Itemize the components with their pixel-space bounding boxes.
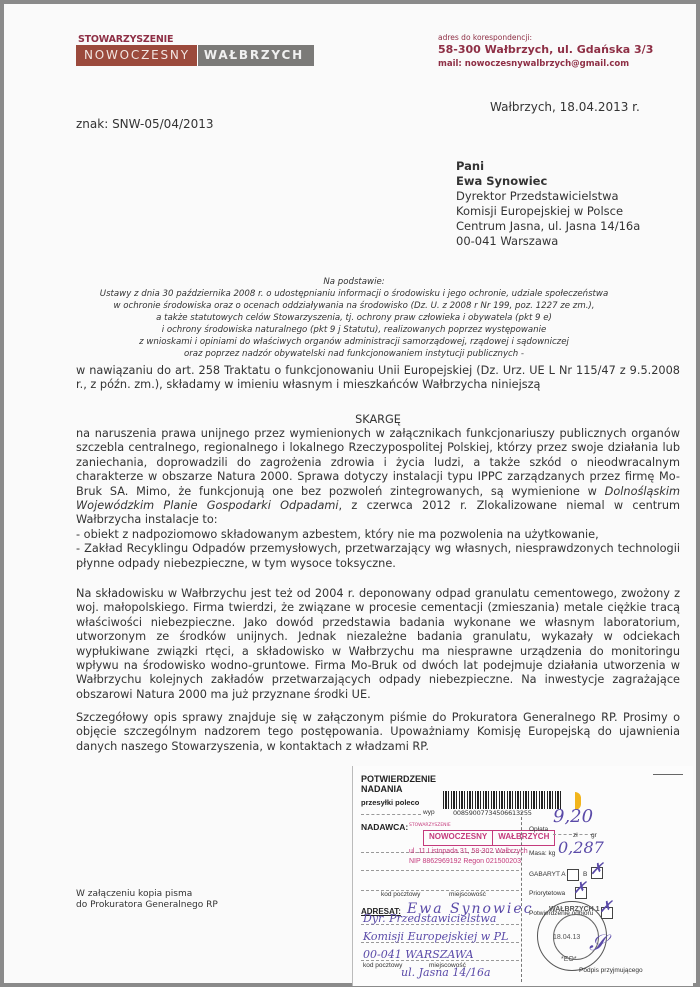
- text-run: na naruszenia prawa unijnego przez wymie…: [76, 427, 680, 498]
- basis-line: a także statutowych celów Stowarzyszenia…: [44, 312, 664, 324]
- receipt-subtitle2: wyp: [423, 809, 435, 816]
- recipient-salutation: Pani: [456, 159, 640, 174]
- postal-receipt: POTWIERDZENIE NADANIA przesyłki poleco w…: [352, 766, 693, 986]
- addressee-handwritten: ul. Jasna 14/16a: [401, 966, 491, 979]
- recipient-block: Pani Ewa Synowiec Dyrektor Przedstawicie…: [456, 159, 640, 249]
- landfill-paragraph: Na składowisku w Wałbrzychu jest też od …: [76, 587, 680, 702]
- locality-label: miejscowość: [449, 891, 486, 898]
- correspondence-label: adres do korespondencji:: [438, 33, 532, 42]
- correspondence-address: 58-300 Wałbrzych, ul. Gdańska 3/3: [438, 43, 653, 56]
- stamp-left: NOWOCZESNY: [424, 831, 492, 845]
- postal-code-label: kod pocztowy: [381, 891, 420, 898]
- checked-mark-icon: ✗: [573, 878, 586, 897]
- sender-stamp-prefix: STOWARZYSZENIE: [409, 823, 451, 828]
- complaint-title: SKARGĘ: [76, 413, 680, 426]
- stamp-right: WAŁBRZYCH: [492, 831, 554, 845]
- postmark-code: *EO*: [561, 956, 577, 963]
- bullet-item: - obiekt z nadpoziomowo składowanym azbe…: [76, 528, 680, 542]
- bullet-item: - Zakład Recyklingu Odpadów przemysłowyc…: [76, 542, 680, 571]
- sender-label: NADAWCA:: [361, 822, 408, 832]
- clerk-signature: 𝒮: [589, 931, 606, 956]
- basis-heading: Na podstawie:: [44, 276, 664, 288]
- addressee-handwritten: Komisji Europejskiej w PL: [363, 930, 508, 943]
- legal-basis: Na podstawie: Ustawy z dnia 30 październ…: [44, 276, 664, 360]
- attachment-line: W załączeniu kopia pisma: [76, 889, 218, 900]
- basis-line: Ustawy z dnia 30 października 2008 r. o …: [44, 288, 664, 300]
- intro-paragraph: w nawiązaniu do art. 258 Traktatu o funk…: [76, 364, 680, 393]
- receipt-title: POTWIERDZENIE NADANIA: [361, 774, 436, 794]
- barcode: [443, 791, 561, 809]
- closing-paragraph: Szczegółowy opis sprawy znajduje się w z…: [76, 711, 680, 754]
- fee-label: Opłata: [529, 826, 548, 833]
- basis-line: w ochronie środowiska oraz o ocenach odd…: [44, 300, 664, 312]
- basis-line: z wnioskami i opiniami do właściwych org…: [44, 336, 664, 348]
- fee-value: 9,20: [553, 806, 593, 827]
- logo-right: WAŁBRZYCH: [197, 45, 314, 66]
- sender-address: ul. 11 Listopada 31, 58-302 Wałbrzych: [409, 848, 528, 855]
- receipt-title-line: POTWIERDZENIE: [361, 774, 436, 784]
- recipient-line: 00-041 Warszawa: [456, 234, 640, 249]
- postmark-date: 18.04.13: [553, 934, 580, 941]
- recipient-line: Komisji Europejskiej w Polsce: [456, 204, 640, 219]
- recipient-line: Dyrektor Przedstawicielstwa: [456, 189, 640, 204]
- addressee-handwritten: 00-041 WARSZAWA: [363, 948, 474, 961]
- column-divider: [521, 812, 522, 982]
- signature-label: Podpis przyjmującego: [579, 967, 643, 974]
- basis-line: i ochrony środowiska naturalnego (pkt 9 …: [44, 324, 664, 336]
- divider: [361, 870, 519, 871]
- mass-label: Masa: kg: [529, 850, 555, 857]
- reference-number: znak: SNW-05/04/2013: [76, 117, 214, 131]
- complaint-paragraph: na naruszenia prawa unijnego przez wymie…: [76, 427, 680, 571]
- attachment-line: do Prokuratora Generalnego RP: [76, 900, 218, 911]
- sender-ids: NIP 8862969192 Regon 021500203: [409, 858, 521, 865]
- attachment-note: W załączeniu kopia pisma do Prokuratora …: [76, 889, 218, 911]
- mass-value: 0,287: [558, 838, 604, 857]
- organization-logo: NOWOCZESNY WAŁBRZYCH: [76, 45, 314, 66]
- priority-label: Priorytetowa: [529, 890, 565, 897]
- logo-left: NOWOCZESNY: [76, 45, 197, 66]
- divider: [653, 774, 683, 775]
- recipient-line: Centrum Jasna, ul. Jasna 14/16a: [456, 219, 640, 234]
- place-date: Wałbrzych, 18.04.2013 r.: [490, 100, 640, 114]
- correspondence-email: mail: nowoczesnywalbrzych@gmail.com: [438, 59, 629, 69]
- addressee-handwritten: Dyr. Przedstawicielstwa: [363, 912, 496, 925]
- checked-mark-icon: ✗: [590, 859, 603, 878]
- divider: [361, 814, 421, 815]
- checked-mark-icon: ✗: [599, 897, 612, 916]
- postal-code-label: kod pocztowy: [363, 962, 402, 969]
- logo-org-prefix: STOWARZYSZENIE: [78, 34, 173, 45]
- letter-page: STOWARZYSZENIE NOWOCZESNY WAŁBRZYCH adre…: [4, 4, 696, 983]
- receipt-title-line: NADANIA: [361, 784, 436, 794]
- postmark-city: WAŁBRZYCH 1: [549, 906, 600, 913]
- size-label: GABARYT A: [529, 871, 566, 878]
- size-b-label: B: [583, 871, 587, 878]
- barcode-number: 00859007734506613255: [453, 809, 532, 817]
- basis-line: oraz poprzez nadzór obywatelski nad funk…: [44, 348, 664, 360]
- receipt-subtitle: przesyłki poleco: [361, 798, 419, 807]
- recipient-name: Ewa Synowiec: [456, 174, 640, 189]
